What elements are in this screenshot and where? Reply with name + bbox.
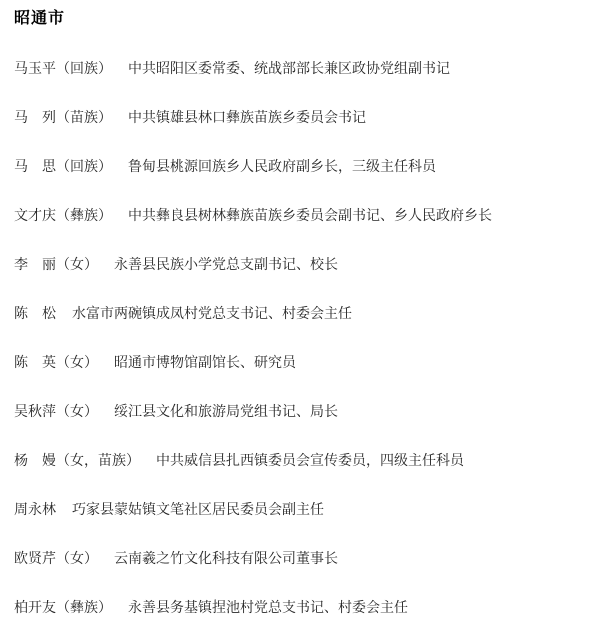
person-note: （彝族） — [56, 207, 112, 223]
list-item: 柏开友（彝族）永善县务基镇捏池村党总支书记、村委会主任 — [14, 598, 586, 616]
person-name: 周永林 — [14, 501, 56, 517]
person-name: 陈 松 — [14, 305, 56, 321]
person-note: （女） — [56, 256, 98, 272]
person-name: 李 丽 — [14, 256, 56, 272]
person-position: 中共威信县扎西镇委员会宣传委员，四级主任科员 — [156, 452, 464, 468]
person-name: 马 思 — [14, 158, 56, 174]
person-name: 吴秋萍 — [14, 403, 56, 419]
person-position: 永善县务基镇捏池村党总支书记、村委会主任 — [128, 599, 408, 615]
city-section-title: 昭通市 — [14, 10, 586, 28]
person-name: 欧贤芹 — [14, 550, 56, 566]
person-name: 马玉平 — [14, 60, 56, 76]
list-item: 杨 嫚（女，苗族）中共威信县扎西镇委员会宣传委员，四级主任科员 — [14, 451, 586, 469]
person-note: （彝族） — [56, 599, 112, 615]
person-note: （女） — [56, 403, 98, 419]
person-position: 中共昭阳区委常委、统战部部长兼区政协党组副书记 — [128, 60, 450, 76]
list-item: 周永林巧家县蒙姑镇文笔社区居民委员会副主任 — [14, 500, 586, 518]
list-item: 陈 英（女）昭通市博物馆副馆长、研究员 — [14, 353, 586, 371]
list-item: 马 思（回族）鲁甸县桃源回族乡人民政府副乡长，三级主任科员 — [14, 157, 586, 175]
person-note: （女） — [56, 550, 98, 566]
person-note: （苗族） — [56, 109, 112, 125]
document-page: 昭通市 马玉平（回族）中共昭阳区委常委、统战部部长兼区政协党组副书记 马 列（苗… — [0, 0, 600, 616]
person-position: 中共镇雄县林口彝族苗族乡委员会书记 — [128, 109, 366, 125]
person-position: 水富市两碗镇成凤村党总支书记、村委会主任 — [72, 305, 352, 321]
list-item: 陈 松水富市两碗镇成凤村党总支书记、村委会主任 — [14, 304, 586, 322]
entries-list: 马玉平（回族）中共昭阳区委常委、统战部部长兼区政协党组副书记 马 列（苗族）中共… — [14, 59, 586, 616]
person-name: 杨 嫚 — [14, 452, 56, 468]
list-item: 马 列（苗族）中共镇雄县林口彝族苗族乡委员会书记 — [14, 108, 586, 126]
person-position: 中共彝良县树林彝族苗族乡委员会副书记、乡人民政府乡长 — [128, 207, 492, 223]
person-note: （回族） — [56, 158, 112, 174]
person-position: 永善县民族小学党总支副书记、校长 — [114, 256, 338, 272]
person-position: 云南羲之竹文化科技有限公司董事长 — [114, 550, 338, 566]
person-note: （女，苗族） — [56, 452, 140, 468]
person-note: （回族） — [56, 60, 112, 76]
person-position: 绥江县文化和旅游局党组书记、局长 — [114, 403, 338, 419]
list-item: 文才庆（彝族）中共彝良县树林彝族苗族乡委员会副书记、乡人民政府乡长 — [14, 206, 586, 224]
person-position: 鲁甸县桃源回族乡人民政府副乡长，三级主任科员 — [128, 158, 436, 174]
list-item: 马玉平（回族）中共昭阳区委常委、统战部部长兼区政协党组副书记 — [14, 59, 586, 77]
list-item: 吴秋萍（女）绥江县文化和旅游局党组书记、局长 — [14, 402, 586, 420]
person-name: 陈 英 — [14, 354, 56, 370]
list-item: 李 丽（女）永善县民族小学党总支副书记、校长 — [14, 255, 586, 273]
person-name: 马 列 — [14, 109, 56, 125]
person-name: 文才庆 — [14, 207, 56, 223]
person-position: 昭通市博物馆副馆长、研究员 — [114, 354, 296, 370]
person-note: （女） — [56, 354, 98, 370]
person-position: 巧家县蒙姑镇文笔社区居民委员会副主任 — [72, 501, 324, 517]
person-name: 柏开友 — [14, 599, 56, 615]
list-item: 欧贤芹（女）云南羲之竹文化科技有限公司董事长 — [14, 549, 586, 567]
